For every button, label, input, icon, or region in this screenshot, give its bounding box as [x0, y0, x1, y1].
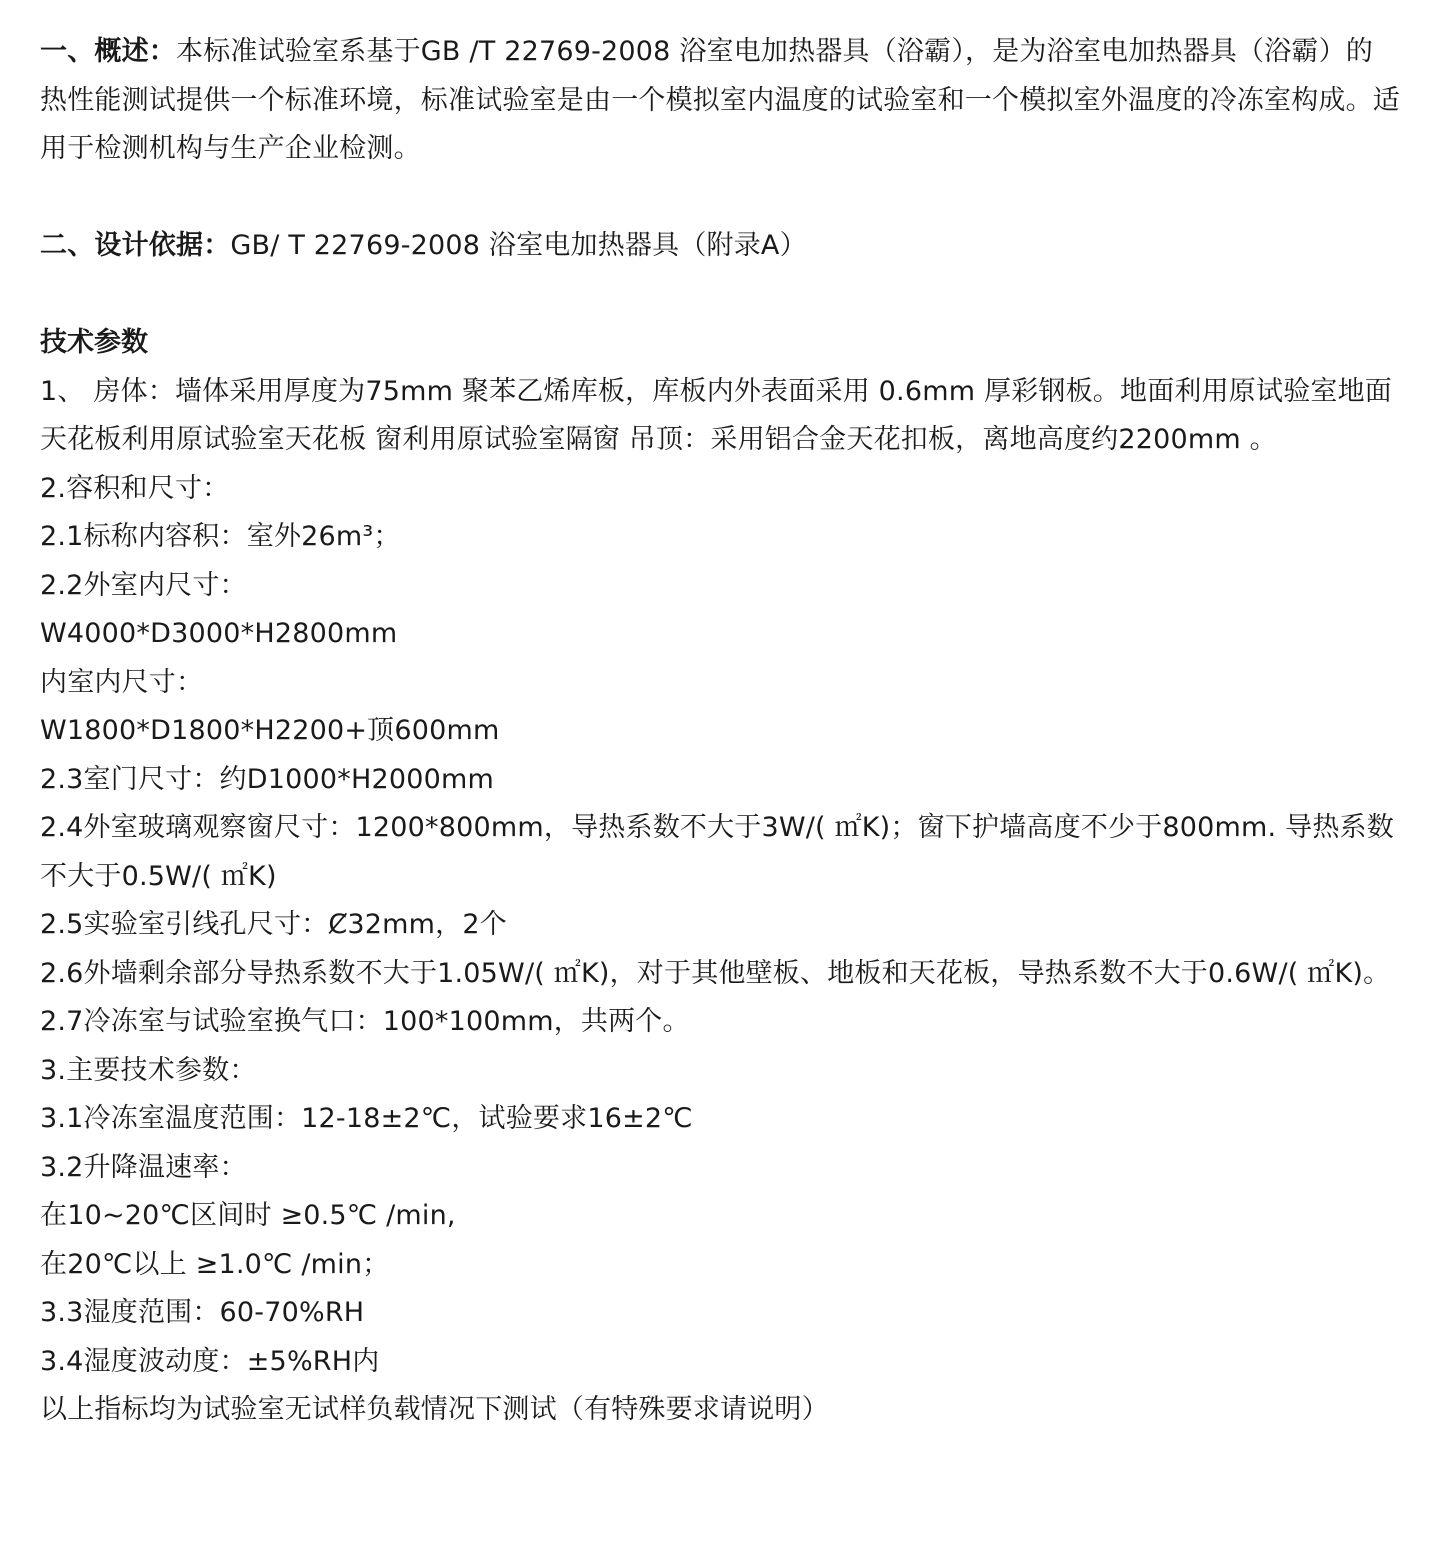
param-item-volume-size: 2.容积和尺寸：	[40, 465, 1400, 514]
section-overview-text: 本标准试验室系基于GB /T 22769-2008 浴室电加热器具（浴霸），是为…	[40, 36, 1400, 164]
param-item-temp-range: 3.1冷冻室温度范围：12-18±2℃，试验要求16±2℃	[40, 1095, 1400, 1144]
param-item-rate-low: 在10~20℃区间时 ≥0.5℃ /min,	[40, 1192, 1400, 1241]
param-item-vent: 2.7冷冻室与试验室换气口：100*100mm，共两个。	[40, 998, 1400, 1047]
spacer	[40, 271, 1400, 320]
section-overview-label: 一、概述：	[40, 36, 176, 67]
param-item-humidity-fluctuation: 3.4湿度波动度：±5%RH内	[40, 1338, 1400, 1387]
param-item-rate-label: 3.2升降温速率：	[40, 1144, 1400, 1193]
param-item-door-size: 2.3室门尺寸：约D1000*H2000mm	[40, 756, 1400, 805]
document-body: 一、概述：本标准试验室系基于GB /T 22769-2008 浴室电加热器具（浴…	[0, 0, 1440, 1435]
spacer	[40, 174, 1400, 223]
param-item-outer-size-value: W4000*D3000*H2800mm	[40, 610, 1400, 659]
param-item-humidity-range: 3.3湿度范围：60-70%RH	[40, 1289, 1400, 1338]
section-overview: 一、概述：本标准试验室系基于GB /T 22769-2008 浴室电加热器具（浴…	[40, 28, 1400, 174]
param-item-rate-high: 在20℃以上 ≥1.0℃ /min；	[40, 1241, 1400, 1290]
param-item-main-params: 3.主要技术参数：	[40, 1047, 1400, 1096]
param-item-inner-size-label: 内室内尺寸：	[40, 659, 1400, 708]
section-design-basis-label: 二、设计依据：	[40, 230, 230, 261]
section-design-basis: 二、设计依据：GB/ T 22769-2008 浴室电加热器具（附录A）	[40, 222, 1400, 271]
section-design-basis-text: GB/ T 22769-2008 浴室电加热器具（附录A）	[230, 230, 806, 261]
param-item-inner-size-value: W1800*D1800*H2200+顶600mm	[40, 707, 1400, 756]
param-item-window-size: 2.4外室玻璃观察窗尺寸：1200*800mm，导热系数不大于3W/( ㎡K)；…	[40, 804, 1400, 901]
param-item-wall-conductivity: 2.6外墙剩余部分导热系数不大于1.05W/( ㎡K)，对于其他壁板、地板和天花…	[40, 950, 1400, 999]
param-item-nominal-volume: 2.1标称内容积：室外26m³；	[40, 513, 1400, 562]
param-item-lead-hole: 2.5实验室引线孔尺寸：Ȼ32mm，2个	[40, 901, 1400, 950]
param-item-note: 以上指标均为试验室无试样负载情况下测试（有特殊要求请说明）	[40, 1386, 1400, 1435]
param-item-room-body: 1、 房体：墙体采用厚度为75mm 聚苯乙烯库板，库板内外表面采用 0.6mm …	[40, 368, 1400, 465]
tech-params-heading: 技术参数	[40, 319, 1400, 368]
param-item-outer-size-label: 2.2外室内尺寸：	[40, 562, 1400, 611]
